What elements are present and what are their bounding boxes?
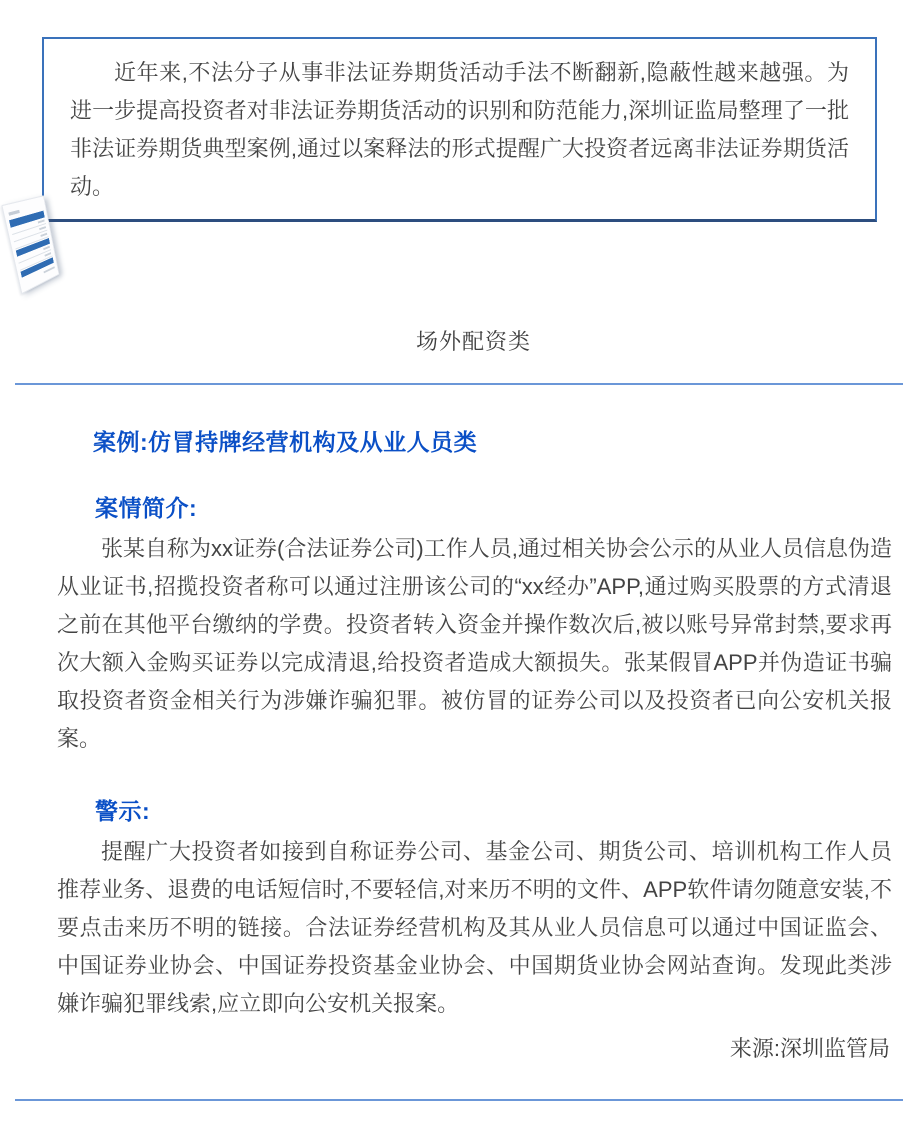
category-title: 场外配资类: [57, 327, 890, 357]
doc-footer-line: [44, 266, 55, 273]
case-brief-text: 张某自称为xx证券(合法证券公司)工作人员,通过相关协会公示的从业人员信息伪造从…: [57, 530, 892, 758]
warning-text: 提醒广大投资者如接到自称证券公司、基金公司、期货公司、培训机构工作人员推荐业务、…: [57, 833, 892, 1023]
intro-text: 近年来,不法分子从事非法证券期货活动手法不断翻新,隐蔽性越来越强。为进一步提高投…: [70, 54, 849, 206]
doc-caption-line: [8, 210, 19, 216]
case-title: 案例:仿冒持牌经营机构及从业人员类: [57, 429, 890, 455]
source-attribution: 来源:深圳监管局: [57, 1036, 890, 1062]
document-sheet: [1, 195, 59, 294]
article-page: 近年来,不法分子从事非法证券期货活动手法不断翻新,隐蔽性越来越强。为进一步提高投…: [0, 37, 918, 1101]
intro-box: 近年来,不法分子从事非法证券期货活动手法不断翻新,隐蔽性越来越强。为进一步提高投…: [42, 37, 877, 222]
document-table-icon: [4, 196, 64, 296]
section-divider-bottom: [15, 1099, 903, 1101]
section-divider-top: [15, 383, 903, 385]
section-heading-case-brief: 案情简介:: [57, 495, 890, 521]
section-heading-warning: 警示:: [57, 798, 890, 824]
